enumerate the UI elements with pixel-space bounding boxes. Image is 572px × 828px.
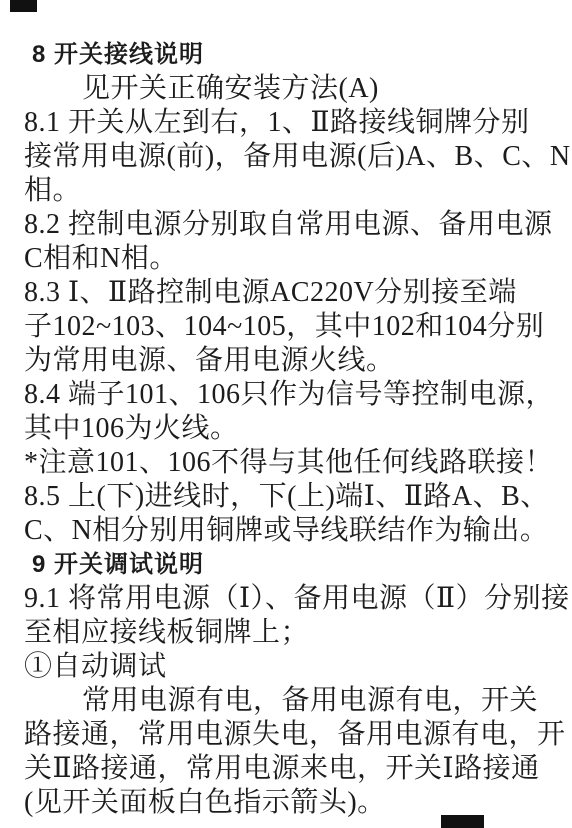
text-line: 8.2 控制电源分别取自常用电源、备用电源 <box>24 208 556 242</box>
text-line: 关Ⅱ路接通，常用电源来电，开关Ⅰ路接通 <box>24 752 556 786</box>
text-line: 路接通，常用电源失电，备用电源有电，开 <box>24 718 556 752</box>
manual-page: 8 开关接线说明 见开关正确安装方法(A) 8.1 开关从左到右，1、Ⅱ路接线铜… <box>0 0 572 828</box>
text-line: (见开关面板白色指示箭头)。 <box>24 786 556 820</box>
text-line: 子102~103、104~105，其中102和104分别 <box>24 310 556 344</box>
text-line: 8.4 端子101、106只作为信号等控制电源， <box>24 378 556 412</box>
text-line: 见开关正确安装方法(A) <box>24 72 556 106</box>
text-line: C、N相分别用铜牌或导线联结作为输出。 <box>24 514 556 548</box>
text-line: C相和N相。 <box>24 242 556 276</box>
text-line: ①自动调试 <box>24 650 556 684</box>
text-line: 8.5 上(下)进线时，下(上)端Ⅰ、Ⅱ路A、B、 <box>24 480 556 514</box>
text-line: 为常用电源、备用电源火线。 <box>24 344 556 378</box>
scan-mark-top-left <box>10 0 37 12</box>
text-line: 相。 <box>24 174 556 208</box>
text-line: 其中106为火线。 <box>24 412 556 446</box>
text-line: 接常用电源(前)，备用电源(后)A、B、C、N <box>24 140 556 174</box>
page-content: 8 开关接线说明 见开关正确安装方法(A) 8.1 开关从左到右，1、Ⅱ路接线铜… <box>24 38 556 820</box>
section-heading-8: 8 开关接线说明 <box>24 38 556 72</box>
note-line: *注意101、106不得与其他任何线路联接！ <box>24 446 556 480</box>
text-line: 9.1 将常用电源（Ⅰ）、备用电源（Ⅱ）分别接 <box>24 582 556 616</box>
text-line: 8.1 开关从左到右，1、Ⅱ路接线铜牌分别 <box>24 106 556 140</box>
text-line: 8.3 Ⅰ、Ⅱ路控制电源AC220V分别接至端 <box>24 276 556 310</box>
text-line: 常用电源有电，备用电源有电，开关 <box>24 684 556 718</box>
section-heading-9: 9 开关调试说明 <box>24 548 556 582</box>
text-line: 至相应接线板铜牌上； <box>24 616 556 650</box>
